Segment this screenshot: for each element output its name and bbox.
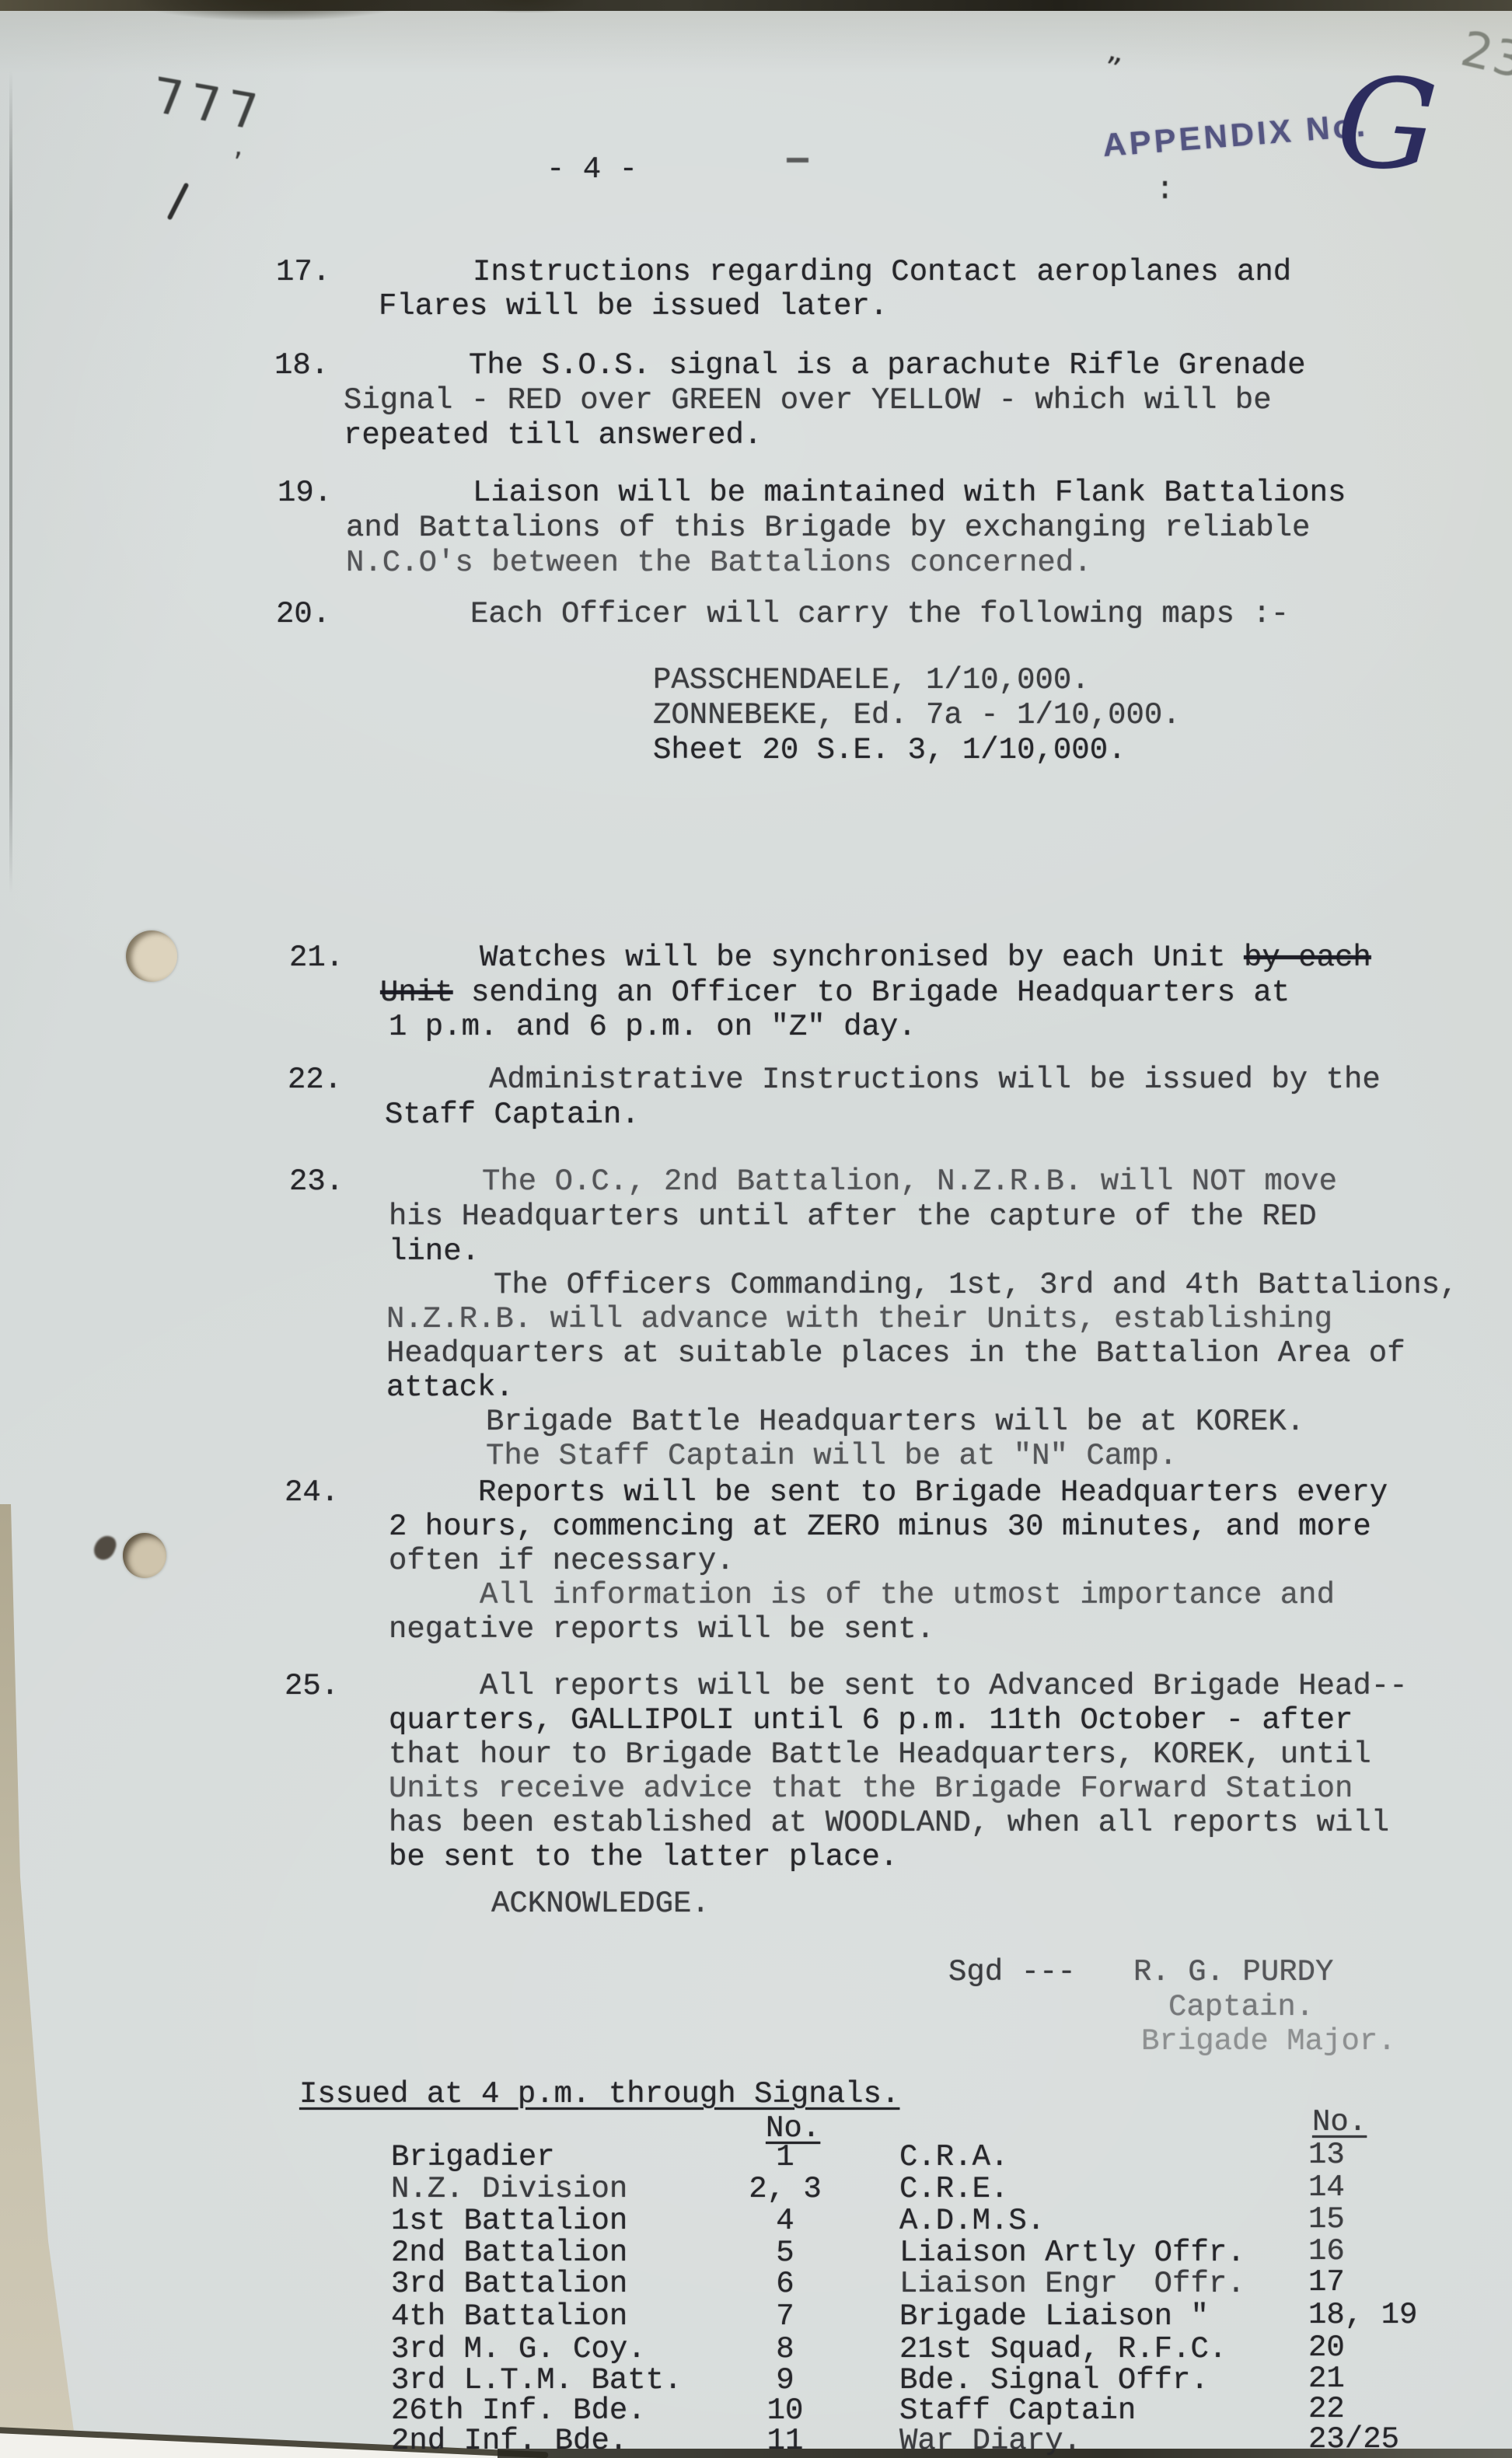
item-21-line: Watches will be synchronised by each Uni… — [480, 941, 1371, 975]
item-24-line: 2 hours, commencing at ZERO minus 30 min… — [389, 1510, 1371, 1544]
item-24-line: All information is of the utmost importa… — [480, 1578, 1335, 1612]
item-25-line: has been established at WOODLAND, when a… — [389, 1806, 1389, 1840]
map-list-item: ZONNEBEKE, Ed. 7a - 1/10,000. — [653, 698, 1181, 732]
distribution-unit: C.R.A. — [899, 2140, 1008, 2174]
struck-text: by each — [1244, 941, 1371, 975]
item-17-line: Instructions regarding Contact aeroplane… — [473, 255, 1291, 289]
ink-blot — [91, 1533, 118, 1563]
signature-rank: Captain. — [1168, 1990, 1314, 2024]
item-number: 23. — [289, 1164, 344, 1199]
distribution-unit: 3rd Battalion — [391, 2267, 627, 2301]
item-number: 25. — [285, 1669, 339, 1703]
distribution-copy-no: 21 — [1308, 2362, 1345, 2396]
distribution-copy-no: 14 — [1308, 2170, 1345, 2205]
item-19-line: Liaison will be maintained with Flank Ba… — [473, 476, 1346, 510]
document-page: 777 ’ 23 ” : APPENDIX No. G - 4 - 17. In… — [0, 0, 1512, 2458]
pencil-tick-mark: ’ — [233, 146, 243, 180]
item-25-line: be sent to the latter place. — [389, 1840, 898, 1874]
item-23-line: his Headquarters until after the capture… — [389, 1199, 1317, 1234]
distribution-copy-no: 20 — [1308, 2331, 1345, 2365]
distribution-copy-no: 18, 19 — [1308, 2298, 1417, 2332]
distribution-copy-no: 4 — [723, 2204, 847, 2238]
distribution-copy-no: 15 — [1308, 2202, 1345, 2236]
item-22-line: Administrative Instructions will be issu… — [489, 1063, 1381, 1097]
distribution-copy-no: 8 — [723, 2332, 847, 2366]
stray-quote-mark: ” — [1100, 50, 1124, 89]
top-edge-smudge — [140, 0, 404, 20]
distribution-unit: 3rd M. G. Coy. — [391, 2332, 646, 2366]
item-23-line: The Officers Commanding, 1st, 3rd and 4t… — [494, 1268, 1458, 1302]
item-25-line: All reports will be sent to Advanced Bri… — [480, 1669, 1408, 1703]
distribution-unit: 4th Battalion — [391, 2299, 627, 2334]
distribution-copy-no: 16 — [1308, 2234, 1345, 2268]
distribution-unit: Liaison Artly Offr. — [899, 2236, 1245, 2270]
item-number: 22. — [288, 1063, 342, 1097]
top-edge-smudge-small — [466, 0, 583, 12]
signature-title: Brigade Major. — [1141, 2024, 1396, 2058]
item-22-line: Staff Captain. — [385, 1098, 640, 1132]
distribution-unit: 2nd Battalion — [391, 2236, 627, 2270]
item-20-line: Each Officer will carry the following ma… — [470, 597, 1289, 631]
item-23-line: attack. — [386, 1370, 514, 1405]
item-23-line: line. — [389, 1234, 480, 1269]
item-19-line: N.C.O's between the Battalions concerned… — [346, 546, 1092, 580]
item-17-line: Flares will be issued later. — [379, 289, 888, 323]
distribution-unit: Bde. Signal Offr. — [899, 2363, 1209, 2397]
distribution-unit: Liaison Engr Offr. — [899, 2267, 1245, 2301]
left-edge-shadow — [9, 70, 12, 894]
item-18-line: The S.O.S. signal is a parachute Rifle G… — [469, 348, 1306, 382]
distribution-unit: N.Z. Division — [391, 2172, 627, 2206]
pencil-slash-mark — [167, 182, 190, 220]
page-number: - 4 - — [546, 152, 637, 187]
distribution-copy-no: 23/25 — [1308, 2422, 1399, 2456]
item-25-line: Units receive advice that the Brigade Fo… — [389, 1772, 1353, 1806]
distribution-unit: C.R.E. — [899, 2172, 1008, 2206]
distribution-unit: A.D.M.S. — [899, 2204, 1045, 2238]
distribution-unit: Staff Captain — [899, 2393, 1136, 2428]
item-23-line: N.Z.R.B. will advance with their Units, … — [386, 1302, 1332, 1336]
distribution-no-header: No. — [1312, 2105, 1367, 2139]
item-21-text: Watches will be synchronised by each Uni… — [480, 941, 1244, 975]
distribution-title: Issued at 4 p.m. through Signals. — [299, 2077, 899, 2111]
item-23-line: The Staff Captain will be at "N" Camp. — [486, 1439, 1177, 1473]
item-24-line: Reports will be sent to Brigade Headquar… — [478, 1475, 1388, 1510]
appendix-stamp: APPENDIX No. — [1102, 106, 1370, 165]
distribution-copy-no: 5 — [723, 2236, 847, 2270]
item-19-line: and Battalions of this Brigade by exchan… — [346, 511, 1310, 545]
item-23-line: Brigade Battle Headquarters will be at K… — [486, 1405, 1304, 1439]
item-number: 20. — [276, 597, 330, 631]
distribution-copy-no: 6 — [723, 2267, 847, 2301]
item-number: 24. — [285, 1475, 339, 1510]
item-21-text: sending an Officer to Brigade Headquarte… — [453, 976, 1290, 1010]
distribution-copy-no: 11 — [723, 2424, 847, 2458]
item-number: 21. — [289, 941, 344, 975]
item-23-line: The O.C., 2nd Battalion, N.Z.R.B. will N… — [482, 1164, 1337, 1199]
struck-text: Unit — [380, 976, 453, 1010]
map-list-item: Sheet 20 S.E. 3, 1/10,000. — [653, 733, 1126, 767]
distribution-copy-no: 2, 3 — [723, 2172, 847, 2206]
item-18-line: repeated till answered. — [344, 418, 762, 452]
distribution-unit: 3rd L.T.M. Batt. — [391, 2363, 682, 2397]
stray-dash-mark — [787, 158, 808, 162]
distribution-copy-no: 7 — [723, 2299, 847, 2334]
appendix-letter-handwritten: G — [1333, 59, 1441, 190]
stray-colon-mark: : — [1155, 171, 1175, 208]
distribution-unit: 2nd Inf. Bde. — [391, 2424, 627, 2458]
item-23-line: Headquarters at suitable places in the B… — [386, 1336, 1405, 1370]
item-25-line: quarters, GALLIPOLI until 6 p.m. 11th Oc… — [389, 1703, 1353, 1737]
left-edge-backing — [0, 1504, 78, 2437]
distribution-unit: 1st Battalion — [391, 2204, 627, 2238]
distribution-copy-no: 13 — [1308, 2138, 1345, 2172]
distribution-copy-no: 1 — [723, 2140, 847, 2174]
signature-sgd: Sgd --- — [948, 1955, 1076, 1989]
distribution-unit: 26th Inf. Bde. — [391, 2393, 646, 2428]
punch-hole — [123, 1533, 166, 1578]
item-24-line: often if necessary. — [389, 1544, 735, 1578]
corner-page-number: 23 — [1456, 20, 1512, 90]
item-number: 19. — [278, 476, 332, 510]
signature-name: R. G. PURDY — [1133, 1955, 1333, 1989]
pencil-scribble-777: 777 — [155, 66, 266, 143]
item-21-line: 1 p.m. and 6 p.m. on "Z" day. — [389, 1010, 917, 1044]
item-number: 17. — [276, 255, 330, 289]
distribution-copy-no: 9 — [723, 2363, 847, 2397]
distribution-unit: War Diary. — [899, 2424, 1081, 2458]
map-list-item: PASSCHENDAELE, 1/10,000. — [653, 663, 1090, 697]
item-21-line: Unit sending an Officer to Brigade Headq… — [380, 976, 1290, 1010]
distribution-unit: 21st Squad, R.F.C. — [899, 2332, 1227, 2366]
item-18-line: Signal - RED over GREEN over YELLOW - wh… — [344, 383, 1272, 417]
distribution-unit: Brigadier — [391, 2140, 555, 2174]
distribution-unit: Brigade Liaison " — [899, 2299, 1209, 2334]
acknowledge-line: ACKNOWLEDGE. — [491, 1887, 710, 1921]
item-25-line: that hour to Brigade Battle Headquarters… — [389, 1737, 1371, 1772]
distribution-copy-no: 10 — [723, 2393, 847, 2428]
punch-hole — [126, 930, 177, 982]
item-number: 18. — [274, 348, 329, 382]
distribution-copy-no: 22 — [1308, 2392, 1345, 2426]
item-24-line: negative reports will be sent. — [389, 1612, 934, 1646]
distribution-copy-no: 17 — [1308, 2265, 1345, 2299]
